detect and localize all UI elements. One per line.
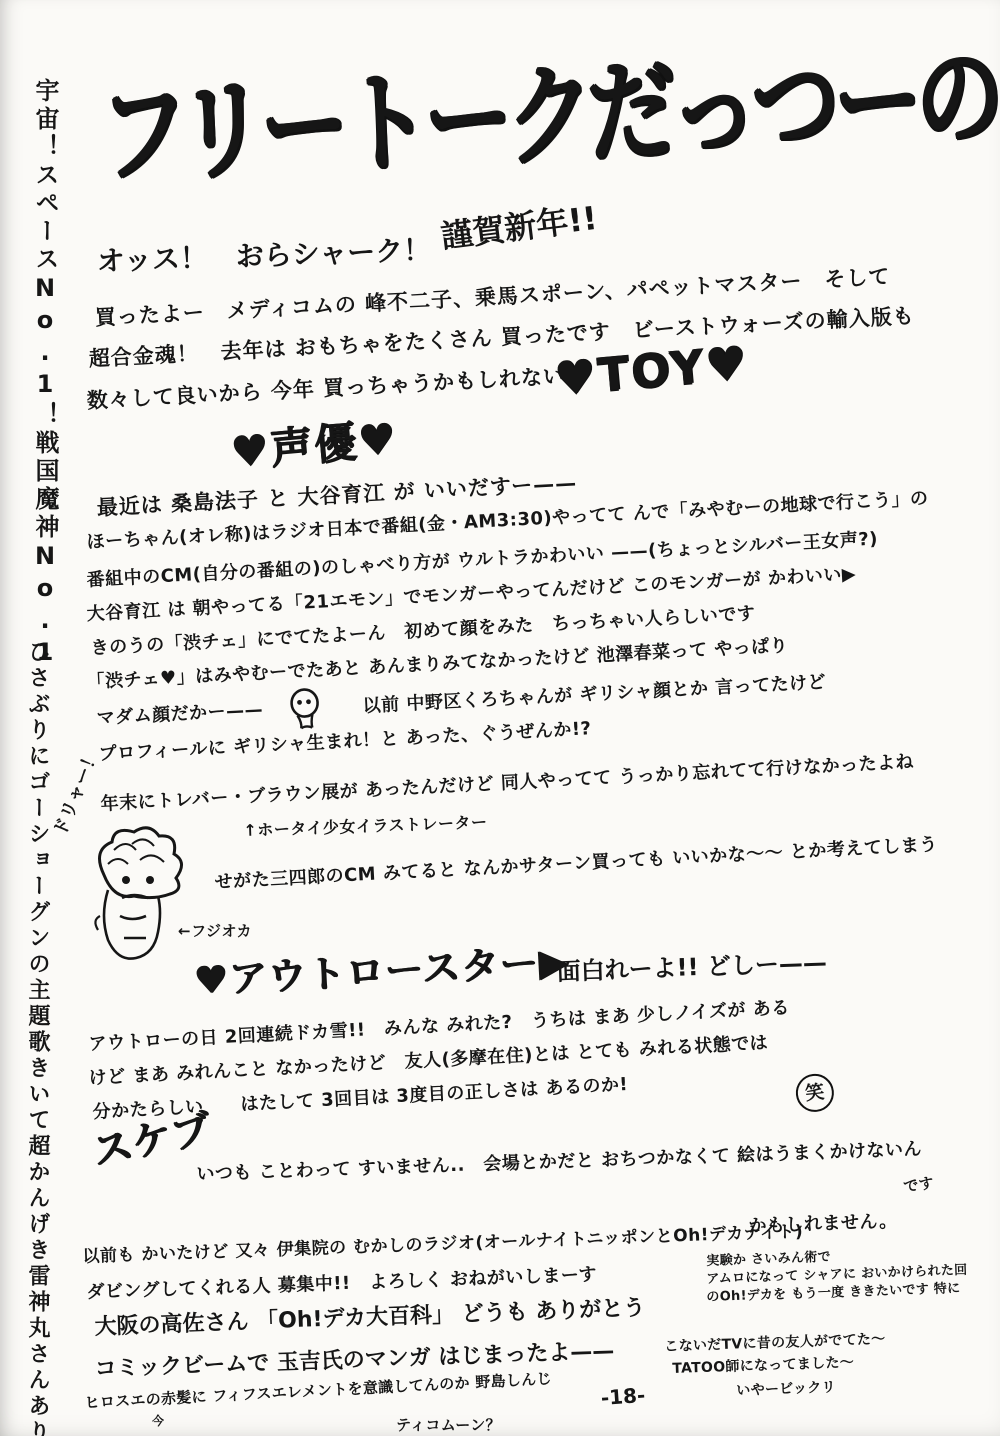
handwritten-line: いつも ことわって すいません.. 会場とかだと おちつかなくて 絵はうまくかけ… bbox=[196, 1135, 922, 1186]
annotation-note: ↑ホータイ少女イラストレーター bbox=[243, 809, 488, 841]
margin-note-bottom: ひさぶりにゴーショーグンの主題歌きいて超かんげき雷神丸さんありがとうでちた bbox=[22, 640, 53, 1400]
doodle-label: ←フジオカ bbox=[178, 920, 252, 941]
superscript-note: です bbox=[902, 1172, 935, 1197]
section-heading-outlawstar: ♥アウトロースター▶ bbox=[192, 930, 570, 1005]
page-title: フリートークだっつーの bbox=[96, 9, 1000, 206]
page-number: -18- bbox=[600, 1383, 646, 1410]
skull-doodle-icon bbox=[287, 687, 324, 731]
new-year-banner: 謹賀新年!! bbox=[438, 193, 600, 258]
section-heading-suffix: 面白れーよ!! どしー—— bbox=[556, 943, 827, 987]
handwritten-line: ティコムーン？ bbox=[396, 1414, 501, 1435]
face-doodle bbox=[74, 820, 194, 970]
tv-note-line: TATOO師になってました〜 bbox=[672, 1352, 854, 1378]
tv-note-line: いやービックリ bbox=[736, 1377, 836, 1400]
handwritten-line: せがた三四郎のCM みてると なんかサターン買っても いいかな〜〜 とか考えてし… bbox=[214, 830, 938, 894]
handwritten-line: 以前も かいたけど 又々 伊集院の むかしのラジオ(オールナイトニッポンとOh!… bbox=[82, 1217, 804, 1267]
laugh-mark-circled: 笑 bbox=[794, 1072, 836, 1114]
insert-mark: 今 bbox=[152, 1412, 164, 1429]
handwritten-line: マダム顔だかー—— bbox=[96, 695, 264, 730]
margin-note-top: 宇宙！スペースNo.1！戦国魔神No.1 bbox=[28, 78, 63, 638]
greeting-line: オッス！ おらシャーク！ bbox=[96, 228, 432, 280]
section-heading-seiyuu: ♥声優♥ bbox=[228, 405, 400, 479]
